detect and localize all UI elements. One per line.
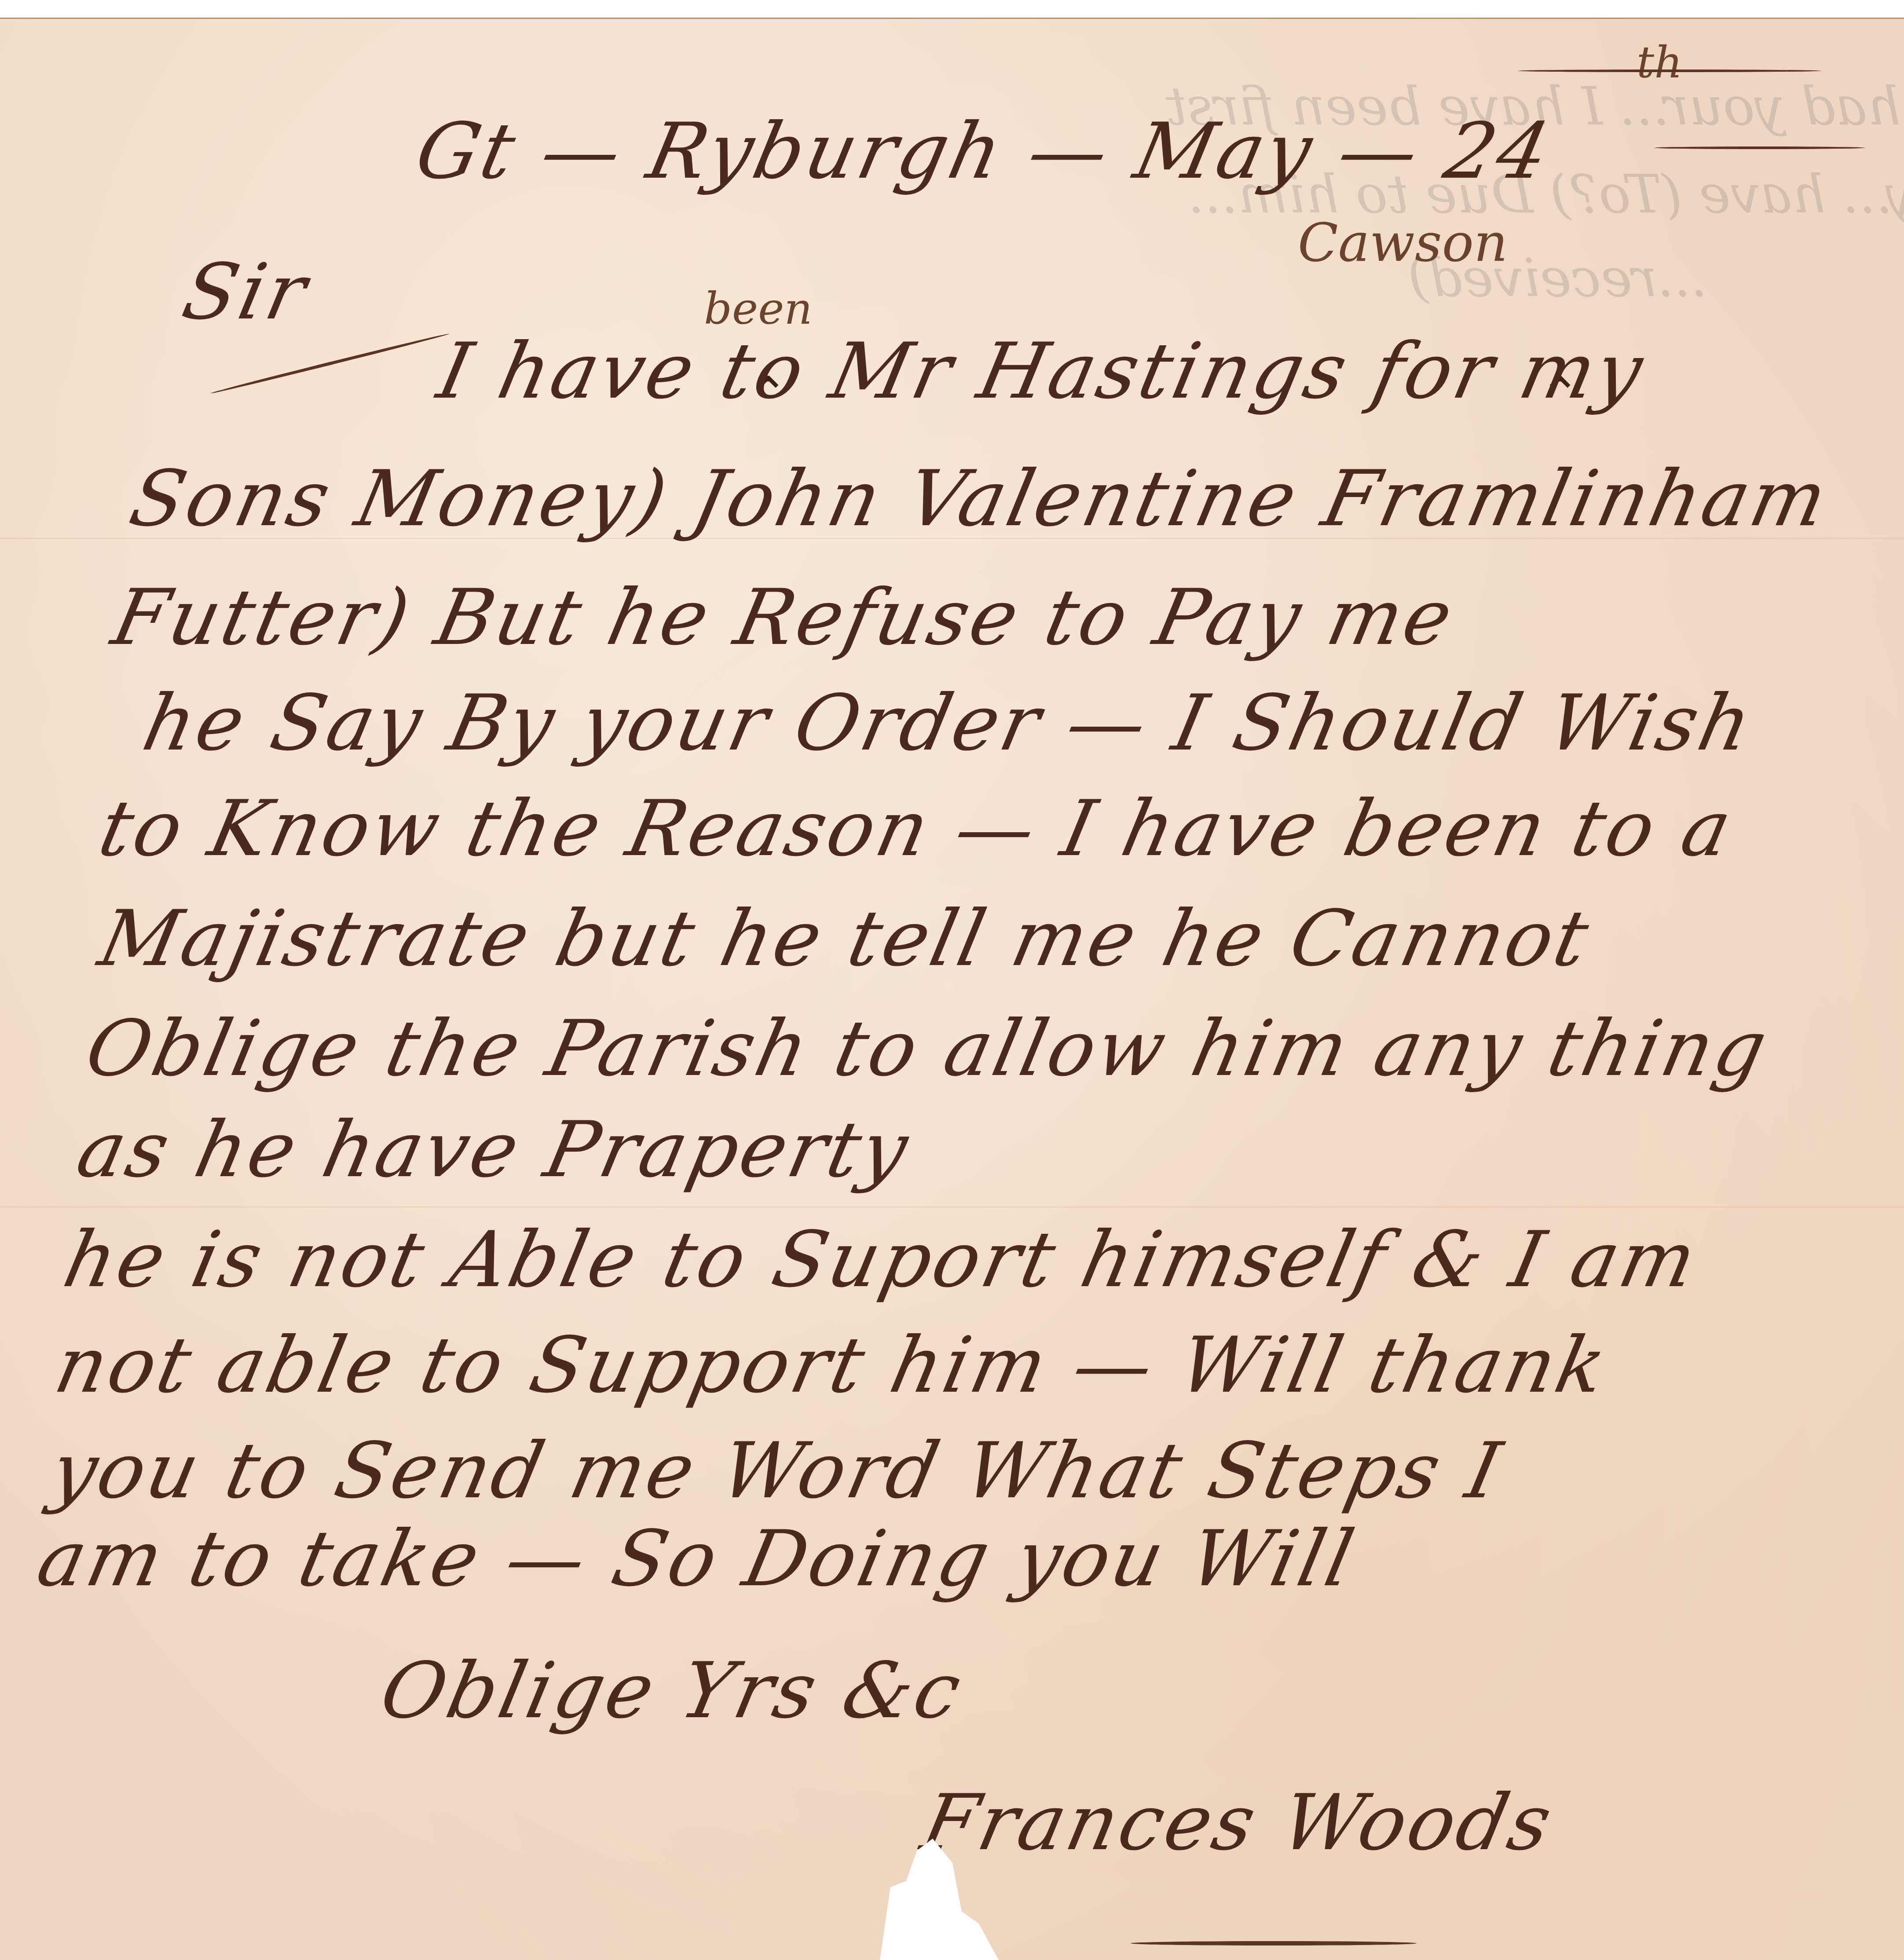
place-name: Ryburgh — [640, 107, 1012, 196]
salutation-flourish — [210, 332, 450, 395]
date-suffix: th — [1637, 37, 1683, 88]
dateline: Gt — Ryburgh — May — 24 — [408, 107, 1559, 196]
signature: Frances Woods — [914, 1778, 1561, 1868]
place-abbrev: Gt — [408, 107, 525, 196]
body-line: not able to Support him — Will thank — [48, 1321, 1616, 1410]
letter-paper: ...had your... I have been first A lady.… — [0, 18, 1904, 1960]
salutation: Sir — [175, 248, 316, 337]
date-underline — [1518, 69, 1821, 72]
body-line: am to take — So Doing you Will — [30, 1514, 1363, 1604]
body-line: I have to Mr Hastings for my — [430, 327, 1652, 416]
body-line: Majistrate but he tell me he Cannot — [92, 894, 1598, 984]
date-day: 24 — [1437, 107, 1559, 196]
body-line: as he have Praperty — [70, 1105, 918, 1195]
date-month: May — [1127, 107, 1322, 196]
body-line: Sons Money) John Valentine Framlinham — [122, 454, 1837, 544]
closing: Oblige Yrs &c — [373, 1646, 970, 1736]
body-line: he is not Able to Suport himself & I am — [56, 1215, 1706, 1305]
body-line: he Say By your Order — I Should Wish — [135, 679, 1761, 768]
date-dash — [1654, 146, 1865, 149]
signature-rule — [1131, 1941, 1417, 1945]
body-line: Futter) But he Refuse to Pay me — [105, 573, 1462, 662]
body-line: you to Send me Word What Steps I — [43, 1426, 1511, 1516]
paper-fold-line — [0, 1207, 1904, 1207]
insertion-cawson: Cawson — [1298, 212, 1508, 274]
body-line: Oblige the Parish to allow him any thing — [78, 1004, 1776, 1093]
body-line: to Know the Reason — I have been to a — [92, 784, 1741, 874]
